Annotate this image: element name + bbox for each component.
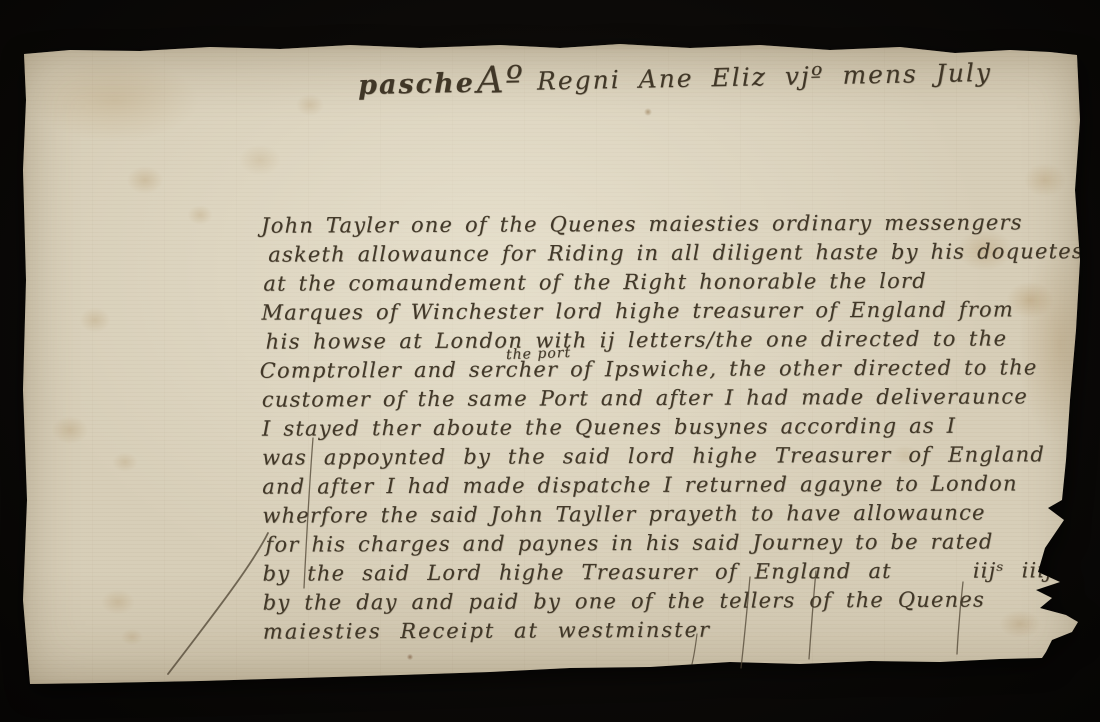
manuscript-line: at the comaundement of the Right honorab… bbox=[263, 266, 1033, 298]
manuscript-paper: pasche Aº Regni Ane Eliz vjº mens July t… bbox=[20, 44, 1082, 686]
paper-shadow: pasche Aº Regni Ane Eliz vjº mens July t… bbox=[20, 44, 1082, 686]
docket-regnal-year: Regni Ane Eliz vjº mens July bbox=[537, 58, 993, 96]
manuscript-line: his howse at London with ij letters/the … bbox=[266, 324, 1034, 356]
docket-anno: Aº bbox=[477, 67, 526, 94]
docket-heading: pasche Aº Regni Ane Eliz vjº mens July bbox=[358, 58, 993, 101]
manuscript-line: for his charges and paynes in his said J… bbox=[265, 527, 1034, 559]
manuscript-line: Marques of Winchester lord highe treasur… bbox=[261, 295, 1033, 327]
manuscript-line: by the said Lord highe Treasurer of Engl… bbox=[263, 557, 892, 589]
manuscript-line-with-rate: by the said Lord highe Treasurer of Engl… bbox=[263, 556, 1063, 588]
daily-rate-amount: iijˢ iiijᵈ bbox=[973, 556, 1063, 585]
manuscript-line: Comptroller and sercher of Ipswiche, the… bbox=[260, 353, 1034, 385]
manuscript-line: by the day and paid by one of the teller… bbox=[263, 585, 1035, 617]
manuscript-line: and after I had made dispatche I returne… bbox=[262, 469, 1034, 501]
manuscript-line: wherfore the said John Tayller prayeth t… bbox=[262, 498, 1034, 530]
petition-text: John Tayler one of the Quenes maiesties … bbox=[261, 208, 1035, 646]
docket-term: pasche bbox=[358, 68, 475, 101]
manuscript-line: asketh allowaunce for Riding in all dili… bbox=[268, 237, 1033, 269]
manuscript-line: customer of the same Port and after I ha… bbox=[262, 382, 1034, 414]
photograph: pasche Aº Regni Ane Eliz vjº mens July t… bbox=[0, 0, 1100, 722]
manuscript-line: I stayed ther aboute the Quenes busynes … bbox=[262, 411, 1034, 443]
manuscript-line: was appoynted by the said lord highe Tre… bbox=[262, 440, 1034, 472]
manuscript-line: John Tayler one of the Quenes maiesties … bbox=[261, 208, 1033, 240]
manuscript-line: maiesties Receipt at westminster bbox=[263, 614, 1035, 646]
